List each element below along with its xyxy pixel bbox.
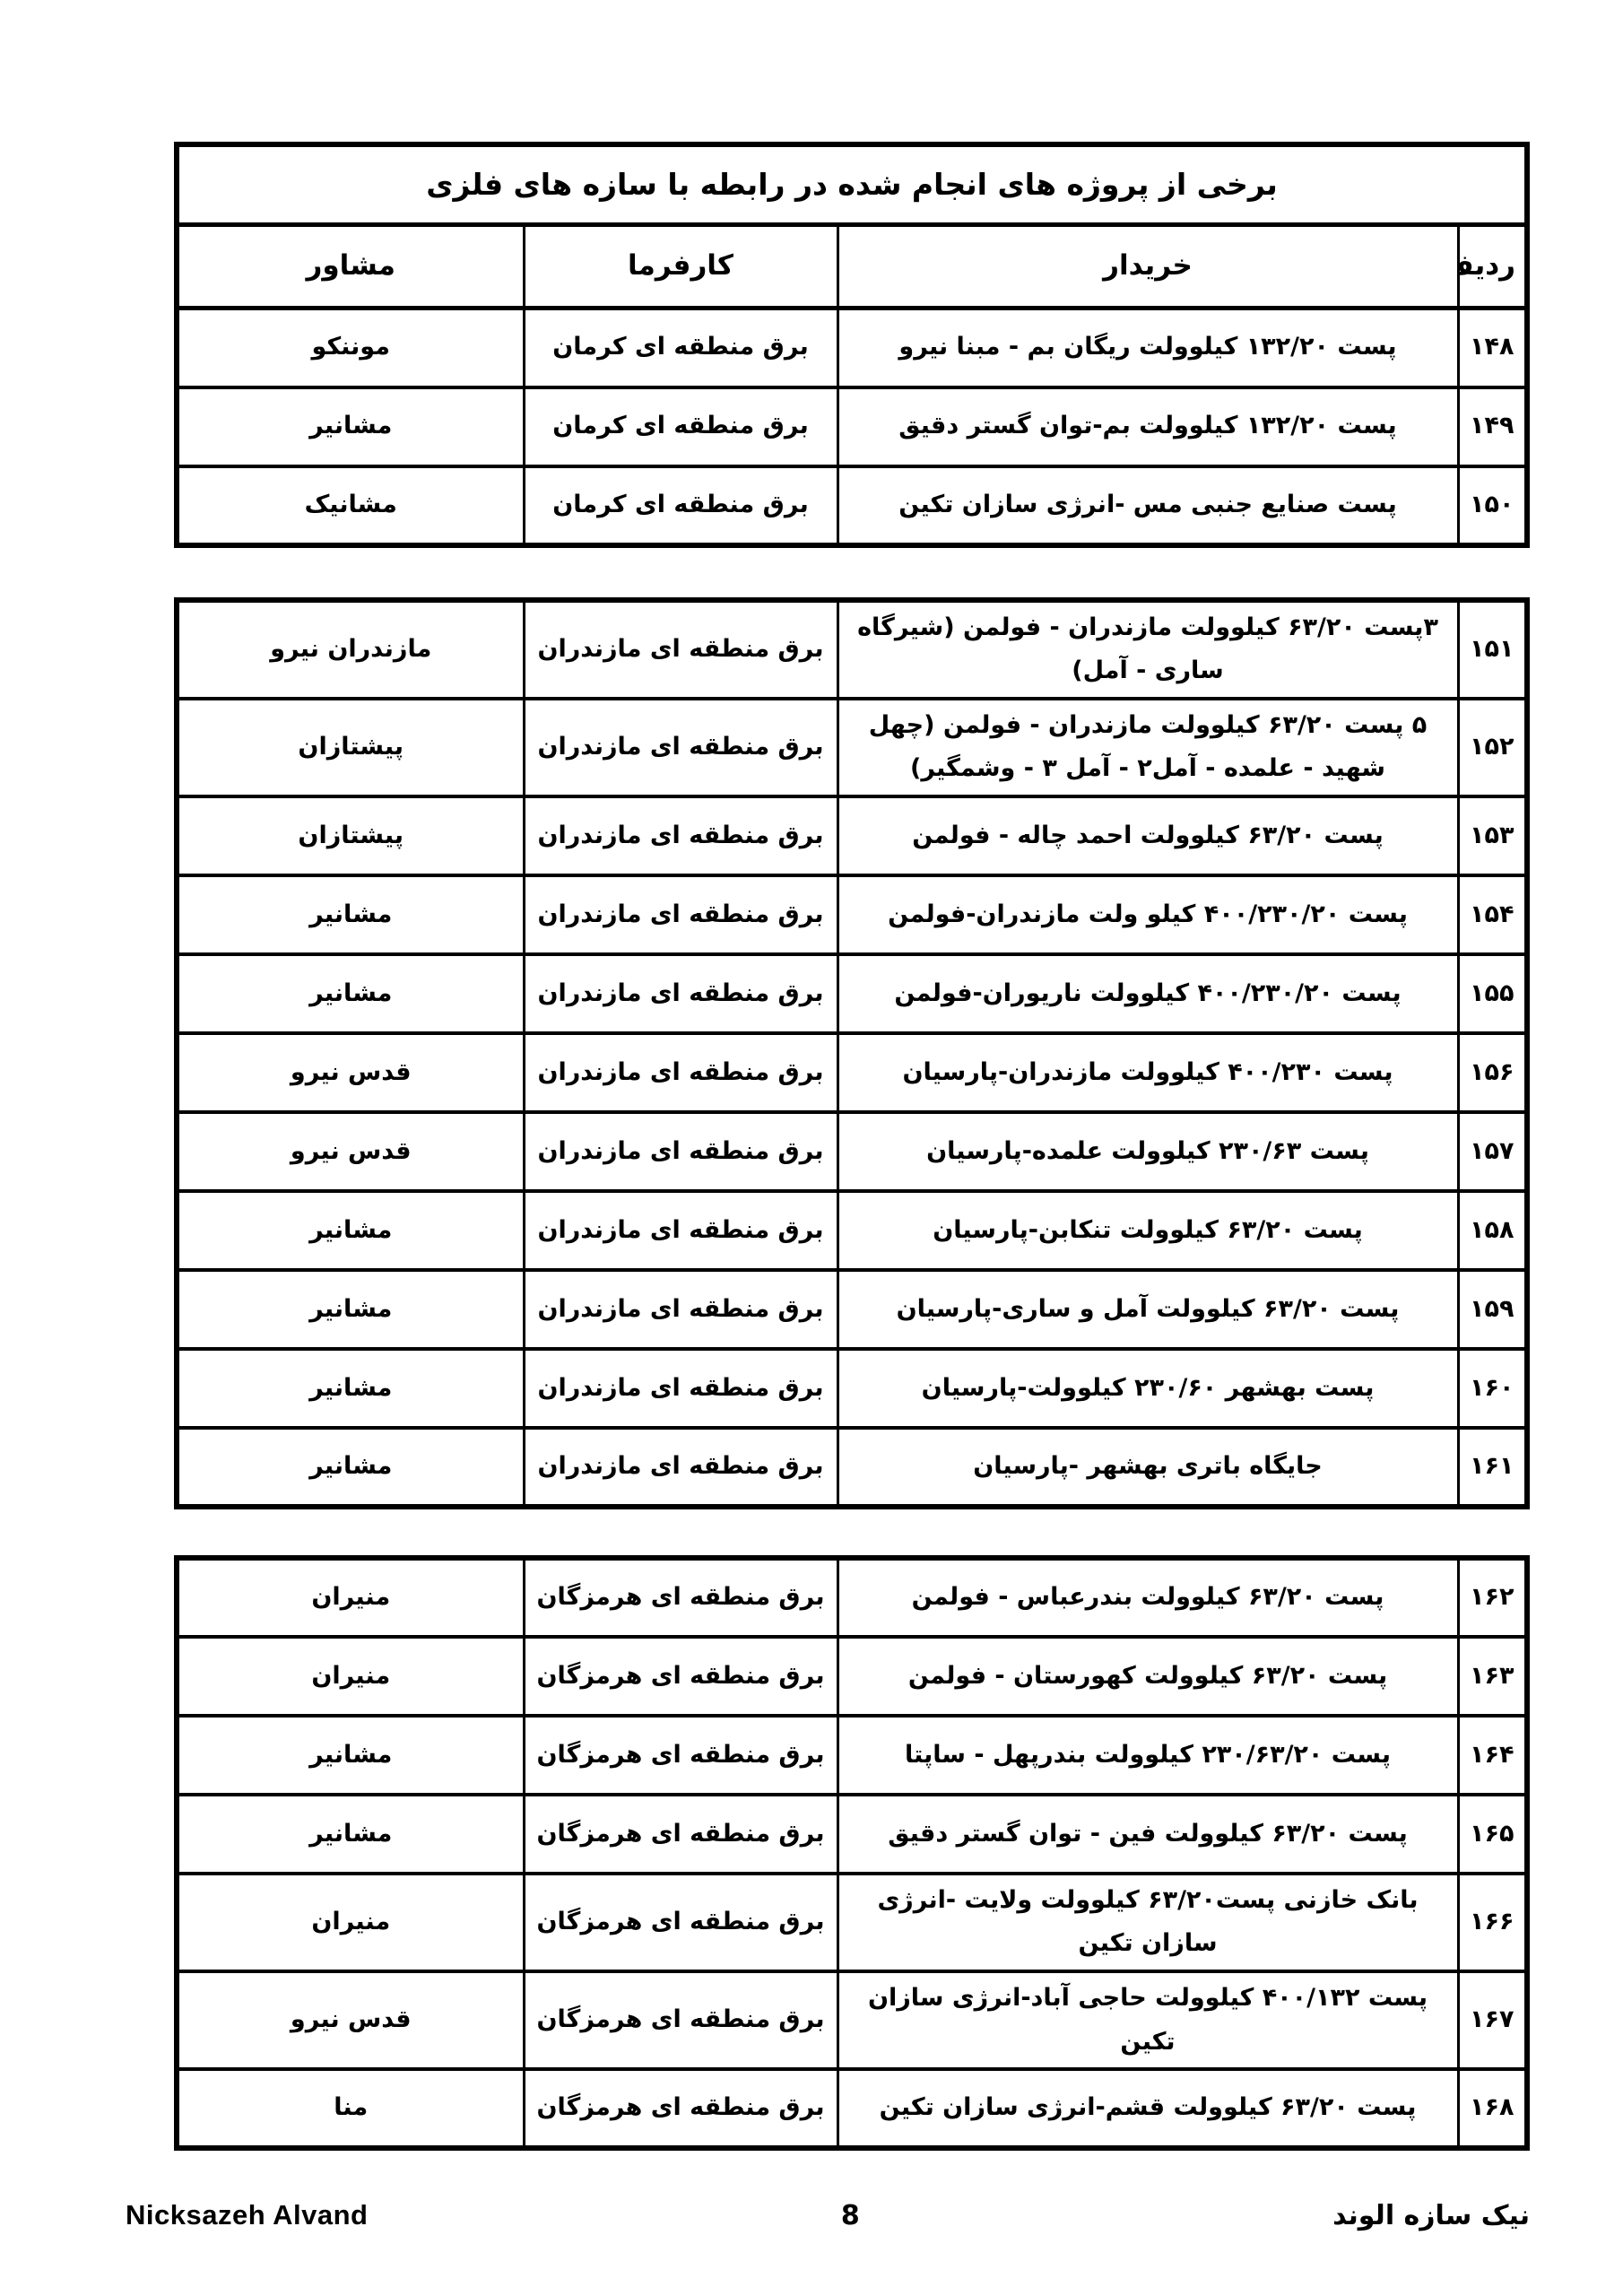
employer-cell: برق منطقه ای کرمان (524, 387, 838, 466)
employer-cell: برق منطقه ای مازندران (524, 954, 838, 1033)
buyer-cell: پست ۶۳/۲۰ کیلوولت احمد چاله - فولمن (838, 796, 1458, 875)
employer-cell: برق منطقه ای هرمزگان (524, 1795, 838, 1874)
table-title-row: برخی از پروژه های انجام شده در رابطه با … (177, 144, 1527, 225)
buyer-cell: پست ۲۳۰/۶۳/۲۰ کیلوولت بندرپهل - ساپتا (838, 1716, 1458, 1795)
consultant-cell: مشانیک (177, 466, 524, 545)
page-footer: Nicksazeh Alvand 8 نیک سازه الوند (126, 2199, 1530, 2231)
num-cell: ۱۵۹ (1458, 1270, 1527, 1349)
employer-cell: برق منطقه ای مازندران (524, 1428, 838, 1507)
consultant-cell: قدس نیرو (177, 1971, 524, 2069)
table-row: ۱۴۸پست ۱۳۲/۲۰ کیلوولت ریگان بم - مبنا نی… (177, 309, 1527, 387)
table-gap (179, 548, 1530, 597)
table-row: ۱۶۷پست ۴۰۰/۱۳۲ کیلوولت حاجی آباد-انرژی س… (177, 1971, 1527, 2069)
num-cell: ۱۴۹ (1458, 387, 1527, 466)
projects-table-kerman: برخی از پروژه های انجام شده در رابطه با … (174, 142, 1530, 548)
buyer-cell: ۵ پست ۶۳/۲۰ کیلوولت مازندران - فولمن (چه… (838, 699, 1458, 796)
consultant-cell: منیران (177, 1558, 524, 1637)
table-gap (179, 1509, 1530, 1555)
table-body-kerman: ۱۴۸پست ۱۳۲/۲۰ کیلوولت ریگان بم - مبنا نی… (177, 309, 1527, 545)
table-row: ۱۵۴پست ۴۰۰/۲۳۰/۲۰ کیلو ولت مازندران-فولم… (177, 875, 1527, 954)
table-row: ۱۶۳پست ۶۳/۲۰ کیلوولت کهورستان - فولمنبرق… (177, 1637, 1527, 1716)
employer-cell: برق منطقه ای هرمزگان (524, 1874, 838, 1971)
num-cell: ۱۴۸ (1458, 309, 1527, 387)
employer-cell: برق منطقه ای هرمزگان (524, 1971, 838, 2069)
footer-company-latin: Nicksazeh Alvand (126, 2199, 368, 2231)
buyer-cell: پست ۲۳۰/۶۳ کیلوولت علمده-پارسیان (838, 1112, 1458, 1191)
table-row: ۱۶۶بانک خازنی پست۶۳/۲۰ کیلوولت ولایت -ان… (177, 1874, 1527, 1971)
consultant-cell: منیران (177, 1874, 524, 1971)
buyer-cell: پست ۴۰۰/۲۳۰/۲۰ کیلوولت ناریوران-فولمن (838, 954, 1458, 1033)
buyer-cell: پست ۶۳/۲۰ کیلوولت بندرعباس - فولمن (838, 1558, 1458, 1637)
num-cell: ۱۶۵ (1458, 1795, 1527, 1874)
table-row: ۱۵۶پست ۴۰۰/۲۳۰ کیلوولت مازندران-پارسیانب… (177, 1033, 1527, 1112)
consultant-cell: قدس نیرو (177, 1112, 524, 1191)
num-cell: ۱۶۴ (1458, 1716, 1527, 1795)
buyer-cell: پست ۴۰۰/۲۳۰ کیلوولت مازندران-پارسیان (838, 1033, 1458, 1112)
consultant-cell: منیران (177, 1637, 524, 1716)
buyer-cell: پست ۱۳۲/۲۰ کیلوولت ریگان بم - مبنا نیرو (838, 309, 1458, 387)
employer-cell: برق منطقه ای مازندران (524, 1112, 838, 1191)
employer-cell: برق منطقه ای مازندران (524, 1191, 838, 1270)
employer-cell: برق منطقه ای مازندران (524, 1270, 838, 1349)
num-cell: ۱۵۷ (1458, 1112, 1527, 1191)
buyer-cell: پست ۶۳/۲۰ کیلوولت تنکابن-پارسیان (838, 1191, 1458, 1270)
consultant-cell: مشانیر (177, 1191, 524, 1270)
buyer-cell: پست ۶۳/۲۰ کیلوولت آمل و ساری-پارسیان (838, 1270, 1458, 1349)
buyer-cell: ۳پست ۶۳/۲۰ کیلوولت مازندران - فولمن (شیر… (838, 600, 1458, 699)
num-cell: ۱۶۸ (1458, 2069, 1527, 2148)
page-number: 8 (841, 2200, 860, 2231)
employer-cell: برق منطقه ای هرمزگان (524, 1558, 838, 1637)
consultant-cell: منا (177, 2069, 524, 2148)
buyer-cell: بانک خازنی پست۶۳/۲۰ کیلوولت ولایت -انرژی… (838, 1874, 1458, 1971)
consultant-cell: مشانیر (177, 1349, 524, 1428)
consultant-cell: قدس نیرو (177, 1033, 524, 1112)
table-row: ۱۵۹پست ۶۳/۲۰ کیلوولت آمل و ساری-پارسیانب… (177, 1270, 1527, 1349)
consultant-cell: پیشتازان (177, 796, 524, 875)
consultant-cell: مشانیر (177, 1270, 524, 1349)
table-row: ۱۶۴پست ۲۳۰/۶۳/۲۰ کیلوولت بندرپهل - ساپتا… (177, 1716, 1527, 1795)
header-row-number: ردیف (1458, 225, 1527, 309)
employer-cell: برق منطقه ای مازندران (524, 796, 838, 875)
num-cell: ۱۶۶ (1458, 1874, 1527, 1971)
num-cell: ۱۵۵ (1458, 954, 1527, 1033)
column-header-row: ردیف خریدار کارفرما مشاور (177, 225, 1527, 309)
table-row: ۱۶۵پست ۶۳/۲۰ کیلوولت فین - توان گستر دقی… (177, 1795, 1527, 1874)
employer-cell: برق منطقه ای مازندران (524, 600, 838, 699)
table-row: ۱۵۲۵ پست ۶۳/۲۰ کیلوولت مازندران - فولمن … (177, 699, 1527, 796)
buyer-cell: پست ۴۰۰/۲۳۰/۲۰ کیلو ولت مازندران-فولمن (838, 875, 1458, 954)
consultant-cell: پیشتازان (177, 699, 524, 796)
header-buyer: خریدار (838, 225, 1458, 309)
header-employer: کارفرما (524, 225, 838, 309)
table-row: ۱۵۰پست صنایع جنبی مس -انرژی سازان تکینبر… (177, 466, 1527, 545)
footer-company-farsi: نیک سازه الوند (1332, 2200, 1530, 2231)
buyer-cell: پست صنایع جنبی مس -انرژی سازان تکین (838, 466, 1458, 545)
table-row: ۱۶۰پست بهشهر ۲۳۰/۶۰ کیلوولت-پارسیانبرق م… (177, 1349, 1527, 1428)
table-body-mazandaran: ۱۵۱۳پست ۶۳/۲۰ کیلوولت مازندران - فولمن (… (177, 600, 1527, 1507)
employer-cell: برق منطقه ای مازندران (524, 875, 838, 954)
table-row: ۱۵۸پست ۶۳/۲۰ کیلوولت تنکابن-پارسیانبرق م… (177, 1191, 1527, 1270)
buyer-cell: پست ۴۰۰/۱۳۲ کیلوولت حاجی آباد-انرژی سازا… (838, 1971, 1458, 2069)
consultant-cell: مازندران نیرو (177, 600, 524, 699)
table-row: ۱۵۵پست ۴۰۰/۲۳۰/۲۰ کیلوولت ناریوران-فولمن… (177, 954, 1527, 1033)
consultant-cell: مشانیر (177, 1795, 524, 1874)
table-body-hormozgan: ۱۶۲پست ۶۳/۲۰ کیلوولت بندرعباس - فولمنبرق… (177, 1558, 1527, 2148)
num-cell: ۱۵۱ (1458, 600, 1527, 699)
document-page: برخی از پروژه های انجام شده در رابطه با … (0, 0, 1623, 2296)
num-cell: ۱۵۸ (1458, 1191, 1527, 1270)
consultant-cell: مشانیر (177, 1428, 524, 1507)
projects-table-mazandaran: ۱۵۱۳پست ۶۳/۲۰ کیلوولت مازندران - فولمن (… (174, 597, 1530, 1509)
page-title: برخی از پروژه های انجام شده در رابطه با … (177, 144, 1527, 225)
consultant-cell: مشانیر (177, 875, 524, 954)
num-cell: ۱۵۴ (1458, 875, 1527, 954)
buyer-cell: پست ۱۳۲/۲۰ کیلوولت بم-توان گستر دقیق (838, 387, 1458, 466)
table-row: ۱۵۷پست ۲۳۰/۶۳ کیلوولت علمده-پارسیانبرق م… (177, 1112, 1527, 1191)
table-row: ۱۵۱۳پست ۶۳/۲۰ کیلوولت مازندران - فولمن (… (177, 600, 1527, 699)
buyer-cell: پست ۶۳/۲۰ کیلوولت قشم-انرژی سازان تکین (838, 2069, 1458, 2148)
buyer-cell: پست ۶۳/۲۰ کیلوولت فین - توان گستر دقیق (838, 1795, 1458, 1874)
employer-cell: برق منطقه ای هرمزگان (524, 1716, 838, 1795)
num-cell: ۱۶۰ (1458, 1349, 1527, 1428)
num-cell: ۱۵۰ (1458, 466, 1527, 545)
num-cell: ۱۶۱ (1458, 1428, 1527, 1507)
consultant-cell: مشانیر (177, 954, 524, 1033)
table-row: ۱۶۱جایگاه باتری بهشهر -پارسیانبرق منطقه … (177, 1428, 1527, 1507)
table-row: ۱۶۲پست ۶۳/۲۰ کیلوولت بندرعباس - فولمنبرق… (177, 1558, 1527, 1637)
employer-cell: برق منطقه ای هرمزگان (524, 2069, 838, 2148)
buyer-cell: پست ۶۳/۲۰ کیلوولت کهورستان - فولمن (838, 1637, 1458, 1716)
employer-cell: برق منطقه ای کرمان (524, 466, 838, 545)
projects-table-hormozgan: ۱۶۲پست ۶۳/۲۰ کیلوولت بندرعباس - فولمنبرق… (174, 1555, 1530, 2151)
consultant-cell: موننکو (177, 309, 524, 387)
num-cell: ۱۵۶ (1458, 1033, 1527, 1112)
table-row: ۱۶۸پست ۶۳/۲۰ کیلوولت قشم-انرژی سازان تکی… (177, 2069, 1527, 2148)
employer-cell: برق منطقه ای مازندران (524, 1349, 838, 1428)
consultant-cell: مشانیر (177, 387, 524, 466)
table-row: ۱۵۳پست ۶۳/۲۰ کیلوولت احمد چاله - فولمنبر… (177, 796, 1527, 875)
consultant-cell: مشانیر (177, 1716, 524, 1795)
num-cell: ۱۶۷ (1458, 1971, 1527, 2069)
num-cell: ۱۶۲ (1458, 1558, 1527, 1637)
table-row: ۱۴۹پست ۱۳۲/۲۰ کیلوولت بم-توان گستر دقیقب… (177, 387, 1527, 466)
employer-cell: برق منطقه ای مازندران (524, 1033, 838, 1112)
employer-cell: برق منطقه ای مازندران (524, 699, 838, 796)
buyer-cell: پست بهشهر ۲۳۰/۶۰ کیلوولت-پارسیان (838, 1349, 1458, 1428)
tables-container: برخی از پروژه های انجام شده در رابطه با … (179, 142, 1530, 2151)
employer-cell: برق منطقه ای کرمان (524, 309, 838, 387)
num-cell: ۱۶۳ (1458, 1637, 1527, 1716)
num-cell: ۱۵۳ (1458, 796, 1527, 875)
employer-cell: برق منطقه ای هرمزگان (524, 1637, 838, 1716)
header-consultant: مشاور (177, 225, 524, 309)
num-cell: ۱۵۲ (1458, 699, 1527, 796)
buyer-cell: جایگاه باتری بهشهر -پارسیان (838, 1428, 1458, 1507)
